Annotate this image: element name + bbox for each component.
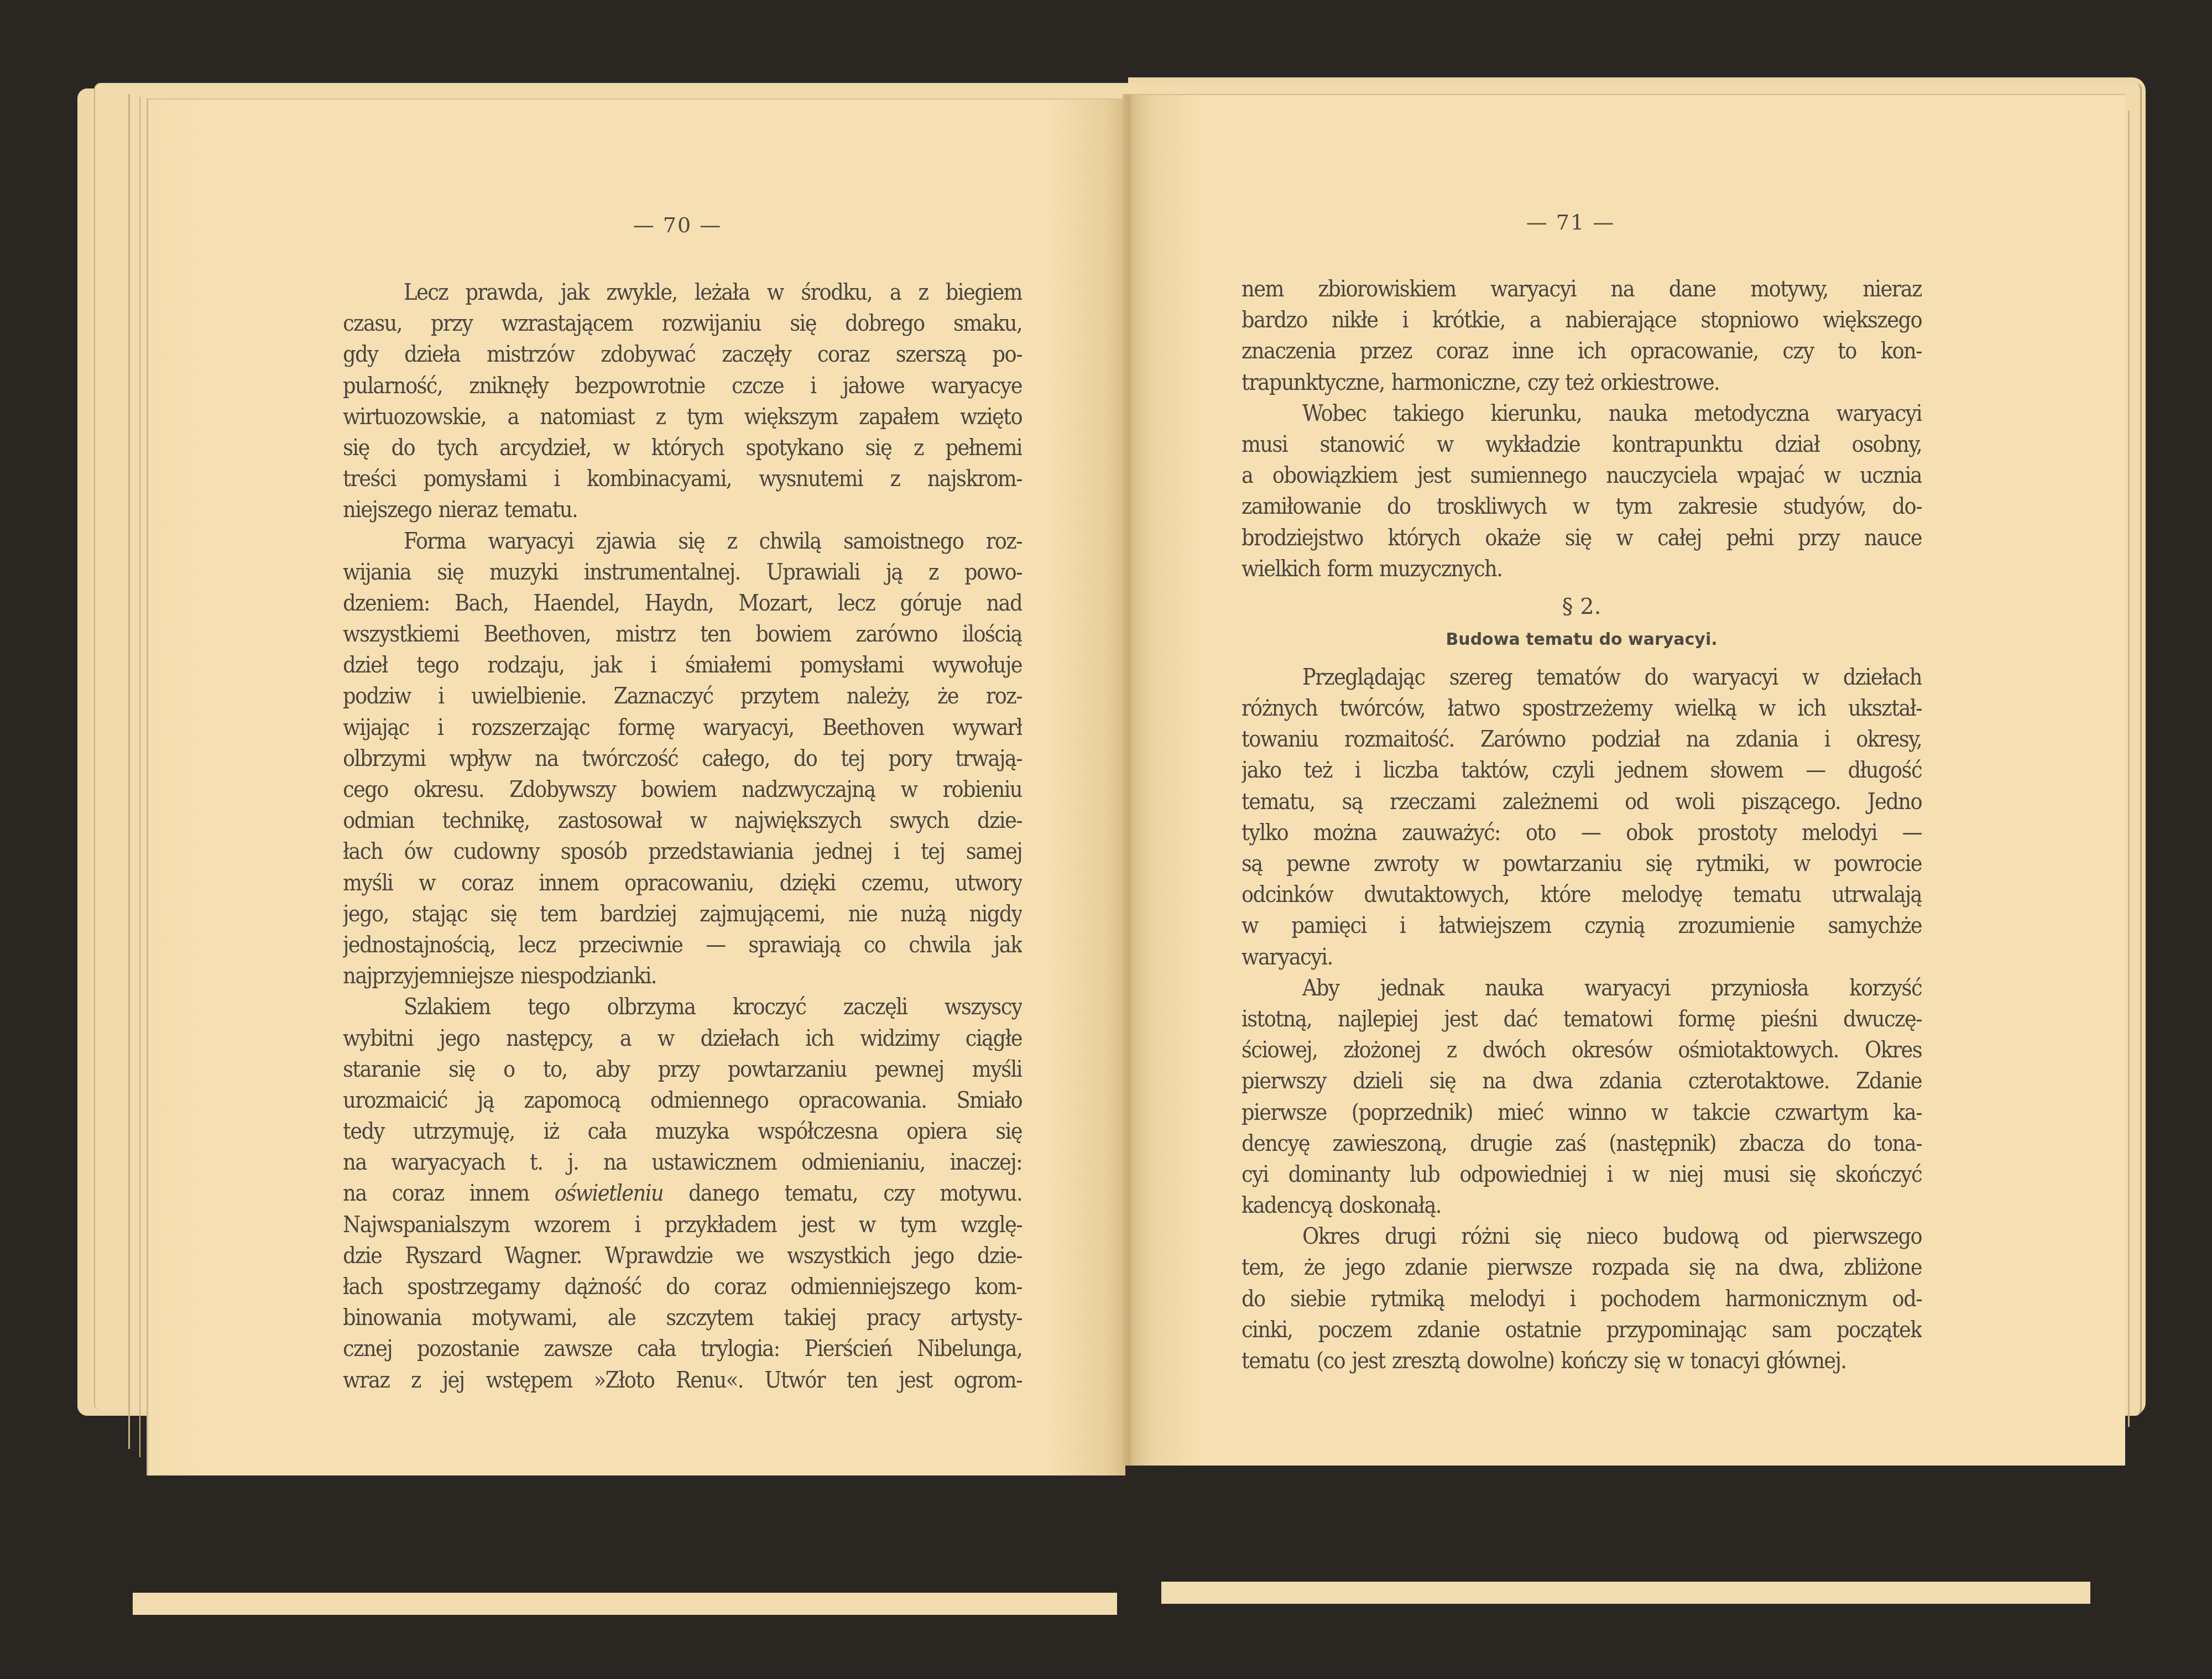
text-line: różnych twórców, łatwo spostrzeżemy wiel… (1241, 692, 1922, 723)
right-page-body: nem zbiorowiskiem waryacyi na dane motyw… (1241, 273, 1922, 1376)
text-line: istotną, najlepiej jest dać tematowi for… (1241, 1003, 1922, 1034)
text-line: niejszego nieraz tematu. (343, 494, 1022, 525)
text-line: pierwszy dzieli się na dwa zdania cztero… (1241, 1065, 1922, 1096)
text-line: ściowej, złożonej z dwóch okresów ośmiot… (1241, 1034, 1922, 1065)
text-line: na waryacyach t. j. na ustawicznem odmie… (343, 1146, 1022, 1177)
text-line: wybitni jego następcy, a w dziełach ich … (343, 1023, 1022, 1054)
text-line: do siebie rytmiką melodyi i pochodem har… (1241, 1283, 1922, 1314)
text-line: binowania motywami, ale szczytem takiej … (343, 1302, 1022, 1333)
text-line: tylko można zauważyć: oto — obok prostot… (1241, 817, 1922, 848)
text-line: odmian technikę, zastosował w największy… (343, 805, 1022, 836)
text-line: wszystkiemi Beethoven, mistrz ten bowiem… (343, 618, 1022, 649)
text-line: tem, że jego zdanie pierwsze rozpada się… (1241, 1252, 1922, 1282)
text-line: dzie Ryszard Wagner. Wprawdzie we wszyst… (343, 1240, 1022, 1271)
page-edge-line (139, 97, 140, 1457)
text-line: czasu, przy wzrastającem rozwijaniu się … (343, 307, 1022, 338)
text-line: wirtuozowskie, a natomiast z tym większy… (343, 401, 1022, 432)
text-line: najprzyjemniejsze niespodzianki. (343, 960, 1022, 991)
text-line: nem zbiorowiskiem waryacyi na dane motyw… (1241, 273, 1922, 304)
text-line: pularność, zniknęły bezpowrotnie czcze i… (343, 370, 1022, 401)
text-line: jednostajnością, lecz przeciwnie — spraw… (343, 929, 1022, 960)
text-line: wijając i rozszerzając formę waryacyi, B… (343, 712, 1022, 743)
text-line: Najwspanialszym wzorem i przykładem jest… (343, 1209, 1022, 1240)
text-line: Przeglądając szereg tematów do waryacyi … (1241, 661, 1922, 692)
text-line: Aby jednak nauka waryacyi przyniosła kor… (1241, 972, 1922, 1003)
text-line: cego okresu. Zdobywszy bowiem nadzwyczaj… (343, 774, 1022, 805)
text-line: pierwsze (poprzednik) mieć winno w takci… (1241, 1097, 1922, 1128)
text-line: Okres drugi różni się nieco budową od pi… (1241, 1221, 1922, 1252)
text-line: łach ów cudowny sposób przedstawiania je… (343, 836, 1022, 867)
text-line: wielkich form muzycznych. (1241, 553, 1922, 584)
text-line: tematu, są rzeczami zależnemi od woli pi… (1241, 786, 1922, 817)
text-line: zamiłowanie do troskliwych w tym zakresi… (1241, 491, 1922, 522)
text-line: tedy utrzymuję, iż cała muzyka współczes… (343, 1115, 1022, 1146)
text-line: trapunktyczne, harmoniczne, czy też orki… (1241, 367, 1922, 398)
bottom-page-edge (133, 1593, 1117, 1615)
text-line: gdy dzieła mistrzów zdobywać zaczęły cor… (343, 338, 1022, 369)
text-line: wijania się muzyki instrumentalnej. Upra… (343, 556, 1022, 587)
text-line: staranie się o to, aby przy powtarzaniu … (343, 1054, 1022, 1084)
text-line: w pamięci i łatwiejszem czynią zrozumien… (1241, 910, 1922, 941)
text-line: Szlakiem tego olbrzyma kroczyć zaczęli w… (343, 991, 1022, 1022)
text-line: są pewne zwroty w powtarzaniu się rytmik… (1241, 848, 1922, 879)
text-line: Forma waryacyi zjawia się z chwilą samoi… (343, 525, 1022, 556)
text-line: wraz z jej wstępem »Złoto Renu«. Utwór t… (343, 1364, 1022, 1395)
text-line: musi stanowić w wykładzie kontrapunktu d… (1241, 429, 1922, 460)
page-number-right: — 71 — (1501, 210, 1640, 234)
text-line: jego, stając się tem bardziej zajmującem… (343, 898, 1022, 929)
text-line: urozmaicić ją zapomocą odmiennego opraco… (343, 1084, 1022, 1115)
text-line: kadencyą doskonałą. (1241, 1190, 1922, 1221)
page-edge-line (128, 94, 130, 1449)
section-mark: § 2. (1241, 587, 1922, 626)
section-title: Budowa tematu do waryacyi. (1241, 626, 1922, 661)
right-page-paragraphs-bottom: Przeglądając szereg tematów do waryacyi … (1241, 661, 1922, 1376)
left-page-body: Lecz prawda, jak zwykle, leżała w środku… (343, 277, 1022, 1395)
page-number-left: — 70 — (608, 213, 747, 237)
text-line: odcinków dwutaktowych, które melodyę tem… (1241, 879, 1922, 910)
text-line: dzeniem: Bach, Haendel, Haydn, Mozart, l… (343, 587, 1022, 618)
text-line: na coraz innem oświetleniu danego tematu… (343, 1177, 1022, 1208)
bottom-page-edge (1161, 1582, 2090, 1604)
text-line: Lecz prawda, jak zwykle, leżała w środku… (343, 277, 1022, 307)
text-line: cyi dominanty lub odpowiedniej i w niej … (1241, 1159, 1922, 1190)
text-line: jako też i liczba taktów, czyli jednem s… (1241, 754, 1922, 785)
text-line: olbrzymi wpływ na twórczość całego, do t… (343, 743, 1022, 774)
text-line: Wobec takiego kierunku, nauka metodyczna… (1241, 398, 1922, 429)
text-line: cinki, poczem zdanie ostatnie przypomina… (1241, 1314, 1922, 1345)
text-line: łach spostrzegamy dążność do coraz odmie… (343, 1271, 1022, 1302)
text-line: podziw i uwielbienie. Zaznaczyć przytem … (343, 680, 1022, 711)
text-line: treści pomysłami i kombinacyami, wysnute… (343, 463, 1022, 494)
text-line: waryacyi. (1241, 941, 1922, 972)
text-line: bardzo nikłe i krótkie, a nabierające st… (1241, 304, 1922, 335)
text-line: towaniu rozmaitość. Zarówno podział na z… (1241, 723, 1922, 754)
text-line: myśli w coraz innem opracowaniu, dzięki … (343, 867, 1022, 898)
text-line: znaczenia przez coraz inne ich opracowan… (1241, 335, 1922, 366)
text-line: brodziejstwo których okaże się w całej p… (1241, 522, 1922, 553)
text-line: tematu (co jest zresztą dowolne) kończy … (1241, 1345, 1922, 1376)
right-page-paragraphs-top: nem zbiorowiskiem waryacyi na dane motyw… (1241, 273, 1922, 584)
text-line: cznej pozostanie zawsze cała trylogia: P… (343, 1333, 1022, 1364)
text-line: dzieł tego rodzaju, jak i śmiałemi pomys… (343, 649, 1022, 680)
emphasized-word: oświetleniu (555, 1180, 663, 1206)
page-edge-line (2128, 111, 2130, 1427)
text-line: się do tych arcydzieł, w których spotyka… (343, 432, 1022, 463)
text-line: a obowiązkiem jest sumiennego nauczyciel… (1241, 460, 1922, 491)
text-line: dencyę zawieszoną, drugie zaś (następnik… (1241, 1128, 1922, 1159)
